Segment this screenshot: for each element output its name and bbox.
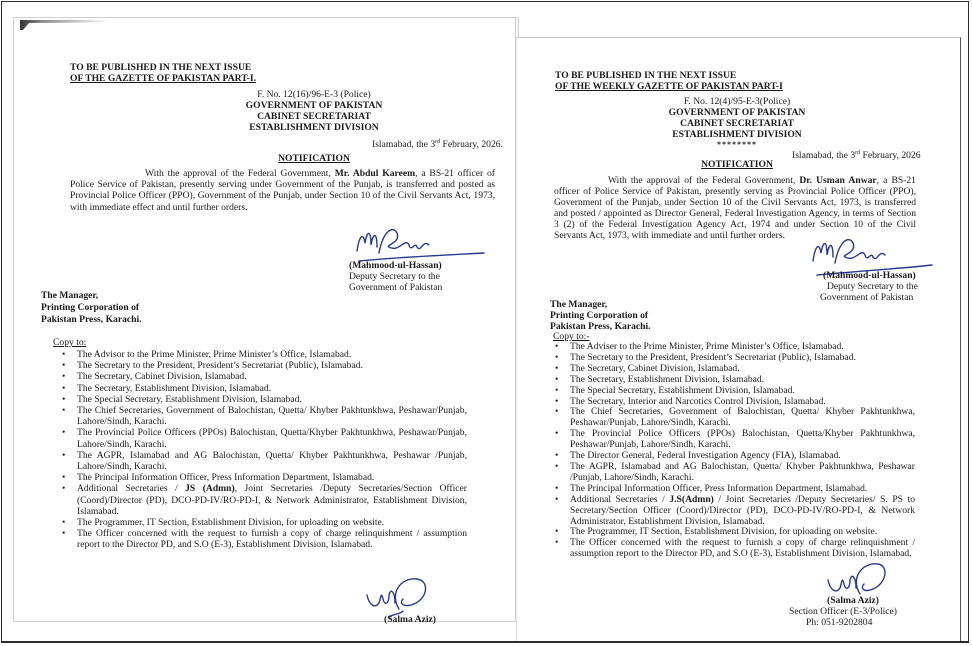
copy-to-list: The Adviser to the Prime Minister, Prime…: [550, 342, 915, 560]
bold-fragment: JS (Admn): [185, 483, 235, 494]
signatory-title-1: Deputy Secretary to the: [827, 281, 918, 292]
file-number: F. No. 12(4)/95-E-3(Police): [637, 96, 837, 107]
copy-to-item: The Secretary, Cabinet Division, Islamab…: [57, 371, 467, 382]
addressee-line-1: The Manager,: [41, 290, 98, 301]
signatory-name: (Mahmood-ul-Hassan): [349, 260, 442, 271]
gov-line-2: CABINET SECRETARIAT: [617, 118, 857, 129]
notification-title: NOTIFICATION: [164, 153, 464, 164]
copy-to-item: Additional Secretaries / JS (Admn), Join…: [57, 483, 467, 517]
gov-line-1: GOVERNMENT OF PAKISTAN: [164, 100, 464, 111]
issue-date: Islamabad, the 3rd February, 2026.: [372, 139, 503, 150]
copy-to-item: The Chief Secretaries, Government of Bal…: [57, 405, 467, 427]
copy-to-item: The Secretary, Establishment Division, I…: [57, 383, 467, 394]
file-number: F. No. 12(16)/96-E-3 (Police): [164, 89, 464, 100]
copy-to-list: The Advisor to the Prime Minister, Prime…: [57, 349, 467, 551]
copy-to-item: The Programmer, IT Section, Establishmen…: [57, 517, 467, 528]
notification-document-left: TO BE PUBLISHED IN THE NEXT ISSUE OF THE…: [13, 17, 516, 622]
gov-line-3: ESTABLISHMENT DIVISION: [617, 129, 857, 140]
signatory-title-1: Deputy Secretary to the: [349, 271, 440, 282]
copy-to-item: Additional Secretaries / J.S(Admn) / Joi…: [550, 495, 915, 528]
publish-line-2: OF THE WEEKLY GAZETTE OF PAKISTAN PART-I: [555, 81, 783, 92]
copy-to-item: The Principal Information Officer, Press…: [57, 472, 467, 483]
copy-to-item: The AGPR, Islamabad and AG Balochistan, …: [57, 450, 467, 472]
separator-stars: ********: [617, 141, 857, 149]
bold-fragment: J.S(Admn): [669, 494, 714, 505]
copy-to-item: The AGPR, Islamabad and AG Balochistan, …: [550, 462, 915, 484]
addressee-line-1: The Manager,: [550, 299, 607, 310]
copy-to-item: The Advisor to the Prime Minister, Prime…: [57, 349, 467, 360]
notification-document-right: TO BE PUBLISHED IN THE NEXT ISSUE OF THE…: [516, 37, 961, 641]
notification-body: With the approval of the Federal Governm…: [554, 176, 916, 241]
copy-to-label: Copy to:: [53, 337, 86, 348]
section-officer-name: (Salma Aziz): [384, 614, 436, 625]
publish-line-1: TO BE PUBLISHED IN THE NEXT ISSUE: [555, 70, 736, 81]
copy-to-item: The Officer concerned with the request t…: [57, 528, 467, 550]
publish-line-1: TO BE PUBLISHED IN THE NEXT ISSUE: [70, 62, 251, 73]
signatory-title-2: Government of Pakistan: [349, 282, 442, 293]
copy-to-item: The Officer concerned with the request t…: [550, 538, 915, 560]
copy-to-item: The Provincial Police Officers (PPOs) Ba…: [550, 429, 915, 451]
notification-body: With the approval of the Federal Governm…: [70, 168, 495, 213]
notification-title: NOTIFICATION: [637, 159, 837, 170]
copy-to-item: The Special Secretary, Establishment Div…: [57, 394, 467, 405]
section-officer-title: Section Officer (E-3/Police): [789, 606, 897, 617]
gov-line-3: ESTABLISHMENT DIVISION: [164, 122, 464, 133]
signatory-name: (Mahmood-ul-Hassan): [823, 270, 916, 281]
publish-line-2: OF THE GAZETTE OF PAKISTAN PART-I.: [70, 73, 256, 84]
section-officer-name: (Salma Aziz): [827, 595, 879, 606]
gov-line-1: GOVERNMENT OF PAKISTAN: [617, 107, 857, 118]
section-officer-phone: Ph: 051-9202804: [806, 617, 872, 628]
addressee-line-2: Printing Corporation of: [550, 310, 648, 321]
copy-to-item: The Secretary to the President, Presiden…: [57, 360, 467, 371]
addressee-line-3: Pakistan Press, Karachi.: [41, 314, 142, 325]
addressee-line-2: Printing Corporation of: [41, 302, 139, 313]
signatory-title-2: Government of Pakistan: [820, 292, 913, 303]
copy-to-item: The Chief Secretaries, Government of Bal…: [550, 407, 915, 429]
copy-to-item: The Provincial Police Officers (PPOs) Ba…: [57, 427, 467, 449]
gov-line-2: CABINET SECRETARIAT: [164, 111, 464, 122]
